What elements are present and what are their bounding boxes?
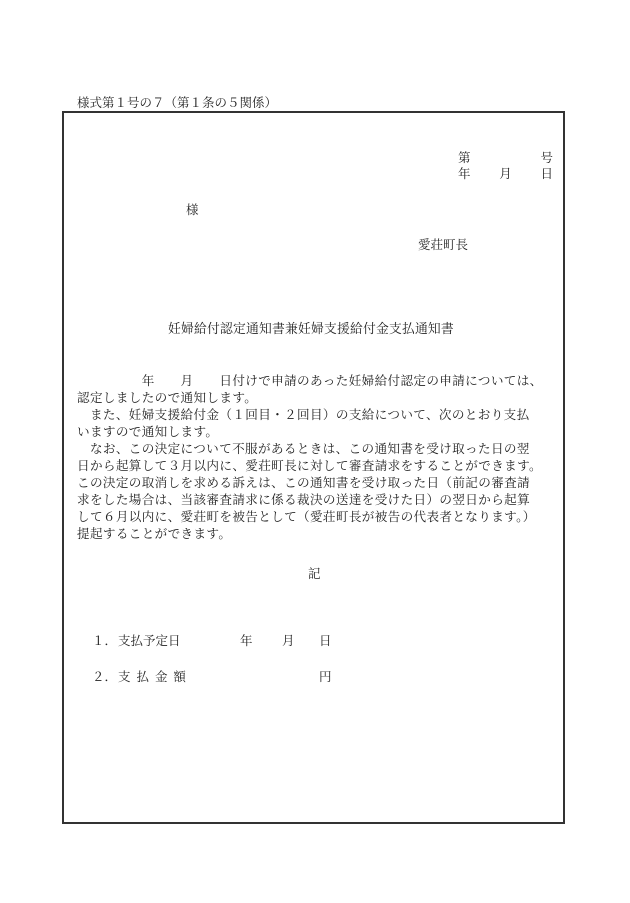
item-month: 月 [282, 631, 319, 649]
date-month: 月 [499, 164, 512, 182]
body-line: 年 月 日付けで申請のあった妊婦給付認定の申請については、 [77, 372, 561, 389]
item-number: １． [92, 631, 118, 649]
sender-name: 愛荘町長 [418, 235, 468, 253]
body-line: この決定の取消しを求める訴えは、この通知書を受け取った日（前記の審査請 [77, 474, 561, 491]
item-label: 支 払 金 額 [118, 667, 319, 685]
body-line: 日から起算して３月以内に、愛荘町長に対して審査請求をすることができます。 [77, 457, 561, 474]
body-line: 認定しましたので通知します。 [77, 389, 561, 406]
document-date-row: 年 月 日 [458, 164, 553, 182]
item-payment-amount: ２． 支 払 金 額 円 [92, 667, 332, 685]
body-line: 求をした場合は、当該審査請求に係る裁決の送達を受けた日）の翌日から起算 [77, 491, 561, 508]
item-payment-date: １． 支払予定日 年 月 日 [92, 631, 332, 649]
ki-heading: 記 [308, 564, 321, 582]
body-line: して６月以内に、愛荘町を被告として（愛荘町長が被告の代表者となります。） [77, 508, 561, 525]
form-number-label: 様式第１号の７（第１条の５関係） [77, 93, 277, 111]
recipient-honorific: 様 [186, 200, 199, 218]
date-year: 年 [458, 164, 471, 182]
item-day: 日 [319, 631, 332, 649]
item-unit: 円 [319, 667, 332, 685]
item-label: 支払予定日 [118, 631, 240, 649]
body-line: また、妊婦支援給付金（１回目・２回目）の支給について、次のとおり支払 [77, 406, 561, 423]
body-text: 年 月 日付けで申請のあった妊婦給付認定の申請については、 認定しましたので通知… [77, 372, 561, 542]
body-line: なお、この決定について不服があるときは、この通知書を受け取った日の翌 [77, 440, 561, 457]
document-title: 妊婦給付認定通知書兼妊婦支援給付金支払通知書 [168, 318, 454, 337]
body-line: いますので通知します。 [77, 423, 561, 440]
item-number: ２． [92, 667, 118, 685]
item-year: 年 [240, 631, 282, 649]
date-day: 日 [540, 164, 553, 182]
body-line: 提起することができます。 [77, 525, 561, 542]
